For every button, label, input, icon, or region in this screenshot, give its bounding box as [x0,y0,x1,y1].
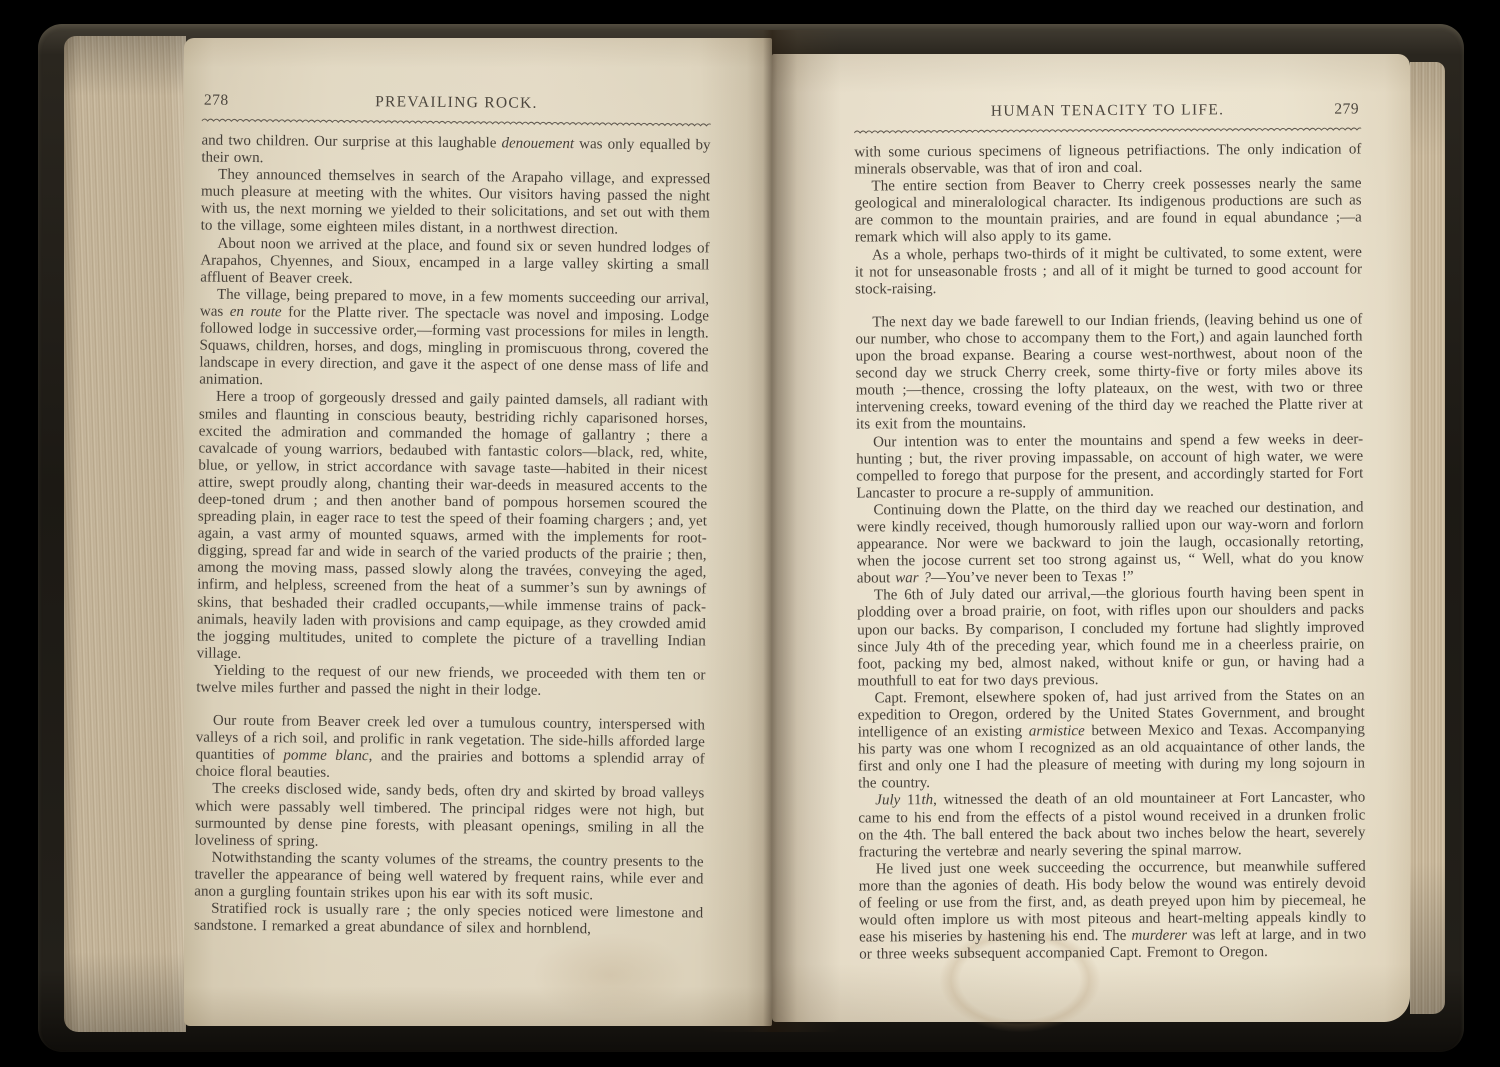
right-page-header: 279 HUMAN TENACITY TO LIFE. [854,100,1361,126]
page-number-left: 278 [204,92,229,110]
wavy-rule [202,118,711,129]
paragraph: Our intention was to enter the mountains… [856,431,1363,502]
right-page-body: with some curious specimens of ligneous … [854,141,1366,963]
left-page-header: 278 PREVAILING ROCK. [202,92,711,120]
paragraph: Notwithstanding the scanty volumes of th… [194,849,703,905]
paragraph: July 11th, witnessed the death of an old… [858,790,1365,861]
left-page-text-column: 278 PREVAILING ROCK. and two children. O… [194,92,711,940]
paragraph: The 6th of July dated our arrival,—the g… [857,585,1365,691]
paragraph: Capt. Fremont, elsewhere spoken of, had … [858,687,1366,793]
page-number-right: 279 [1334,100,1359,118]
page-edges-right-stack [1410,62,1445,1014]
paragraph: The entire section from Beaver to Cherry… [854,176,1361,247]
paragraph: The next day we bade farewell to our Ind… [855,311,1363,434]
paragraph: The creeks disclosed wide, sandy beds, o… [195,781,705,854]
left-page-body: and two children. Our surprise at this l… [194,133,711,940]
paragraph: About noon we arrived at the place, and … [200,235,709,291]
paragraph: He lived just one week succeeding the oc… [859,858,1367,964]
paragraph: As a whole, perhaps two-thirds of it mig… [855,244,1362,298]
paragraph: and two children. Our surprise at this l… [201,133,710,172]
paragraph: Here a troop of gorgeously dressed and g… [197,389,709,667]
book-photo: 278 PREVAILING ROCK. and two children. O… [0,0,1500,1067]
paragraph: Yielding to the request of our new frien… [196,662,705,701]
paragraph: The village, being prepared to move, in … [199,286,709,393]
paragraph: Continuing down the Platte, on the third… [856,499,1364,588]
wavy-rule [854,126,1361,135]
running-head-left: PREVAILING ROCK. [202,92,711,115]
paragraph: with some curious specimens of ligneous … [854,141,1361,178]
paragraph: They announced themselves in search of t… [201,167,711,240]
page-edges-left-stack [64,36,186,1032]
running-head-right: HUMAN TENACITY TO LIFE. [854,100,1361,121]
right-page-text-column: 279 HUMAN TENACITY TO LIFE. with some cu… [854,100,1366,963]
paragraph: Our route from Beaver creek led over a t… [195,713,705,786]
paragraph: Stratified rock is usually rare ; the on… [194,901,703,940]
